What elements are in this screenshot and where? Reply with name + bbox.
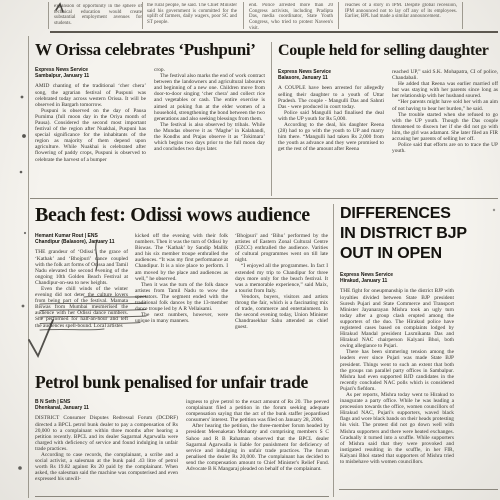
dateline: Chandipur (Balasore), January 11: [35, 239, 128, 245]
dateline: Hirakud, January 11: [340, 278, 454, 284]
body-column: THE fight for oneupmanship in the distri…: [340, 288, 454, 486]
article-petrol-bunk: Petrol bunk penalised for unfair trade B…: [35, 372, 329, 496]
dateline: Sambalpur, January 11: [35, 73, 146, 79]
article-beach-fest: Beach fest: Odissi wows audience Hemant …: [35, 204, 329, 370]
article-bjp-differences: DIFFERENCESIN DISTRICT BJPOUT IN OPEN Ex…: [340, 204, 490, 490]
top-strip-fragment: reaches of a story in IPM. Despite globa…: [345, 3, 457, 30]
body-column: AMID chanting of the traditional ‘cher c…: [35, 83, 146, 162]
body-column: DISTRICT Consumer Disputes Redressal For…: [35, 415, 178, 482]
dateline: Dhenkanal, January 11: [35, 405, 178, 411]
body-column: crop.The festival also marks the end of …: [154, 67, 265, 152]
article-headline: W Orissa celebrates ‘Pushpuni’: [35, 40, 265, 60]
byline-block: Hemant Kumar Rout | ENS Chandipur (Balas…: [35, 233, 128, 245]
article-pushpuni: W Orissa celebrates ‘Pushpuni’ Express N…: [35, 40, 265, 198]
dateline: Balasore, January 11: [278, 75, 384, 81]
column-rule: [142, 2, 143, 29]
byline-block: B N Seth | ENS Dhenkanal, January 11: [35, 399, 178, 411]
newspaper-scan-page: expansion of opportunity in the sphere o…: [0, 0, 500, 500]
article-headline: DIFFERENCESIN DISTRICT BJPOUT IN OPEN: [340, 204, 490, 264]
byline-block: Express News Service Balasore, January 1…: [278, 69, 384, 81]
column-rule: [48, 2, 49, 29]
article-couple-held: Couple held for selling daughter Express…: [278, 42, 499, 196]
body-column: reached UP,” said S.K. Mohapatra, CI of …: [392, 69, 498, 154]
column-rule: [338, 2, 339, 29]
top-strip-fragment: expansion of opportunity in the sphere o…: [54, 4, 142, 30]
body-column: A COUPLE have been arrested for allegedl…: [278, 85, 384, 152]
body-column: kicked off the evening with their folk n…: [135, 233, 228, 324]
byline-block: Express News Service Sambalpur, January …: [35, 67, 146, 79]
article-headline: Couple held for selling daughter: [278, 42, 499, 60]
body-column: ingness to give petrol to the exact amou…: [186, 399, 329, 472]
article-headline: Petrol bunk penalised for unfair trade: [35, 372, 329, 393]
page-left-rule: [28, 36, 29, 498]
body-column: THE grandeur of ‘Odissi’, the grace of ‘…: [35, 249, 128, 328]
body-column: ‘Bhojpuri’ and ‘Bihu’ performed by the a…: [235, 233, 328, 331]
column-rule: [462, 2, 463, 29]
section-rule: [50, 31, 498, 33]
top-strip-fragment: end. Police arrested more than 20 Congre…: [249, 3, 333, 30]
section-rule: [30, 198, 498, 199]
column-rule: [271, 42, 272, 196]
byline-block: Express News Service Hirakud, January 11: [340, 272, 454, 284]
column-rule: [333, 204, 334, 497]
column-rule: [243, 2, 244, 29]
top-strip-fragment: the rural people, he said. The Chief Min…: [147, 3, 237, 30]
article-headline: Beach fest: Odissi wows audience: [35, 204, 329, 227]
